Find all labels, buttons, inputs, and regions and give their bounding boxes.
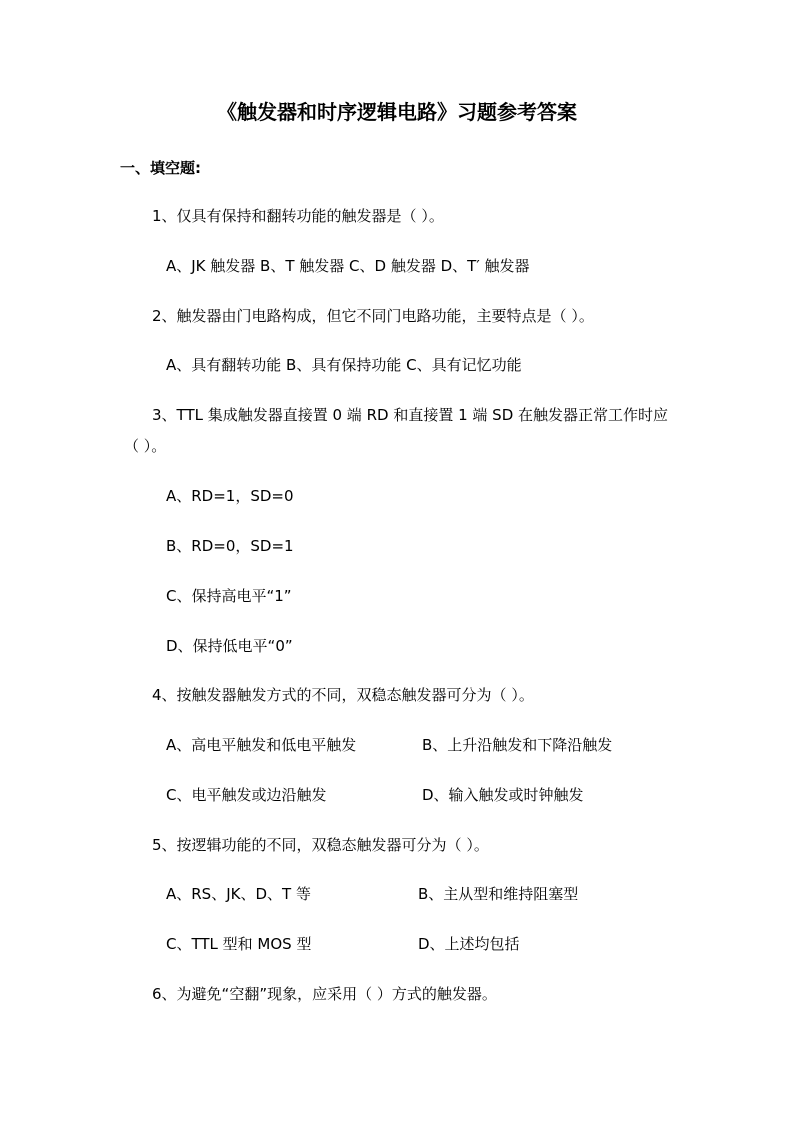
question-5-option-c: C、TTL 型和 MOS 型 (166, 934, 311, 954)
question-5-option-a: A、RS、JK、D、T 等 (166, 884, 311, 904)
question-3-option-d: D、保持低电平“0” (166, 636, 293, 656)
question-6-stem: 6、为避免“空翻”现象，应采用（ ）方式的触发器。 (152, 984, 497, 1004)
question-2-options: A、具有翻转功能 B、具有保持功能 C、具有记忆功能 (166, 355, 522, 375)
question-3-option-c: C、保持高电平“1” (166, 586, 292, 606)
question-5-option-b: B、主从型和维持阻塞型 (418, 884, 578, 904)
question-3-option-a: A、RD=1，SD=0 (166, 486, 294, 506)
document-title: 《触发器和时序逻辑电路》习题参考答案 (0, 100, 794, 124)
question-4-stem: 4、按触发器触发方式的不同，双稳态触发器可分为（ ）。 (152, 685, 534, 705)
question-3-stem-line1: 3、TTL 集成触发器直接置 0 端 RD 和直接置 1 端 SD 在触发器正常… (152, 405, 668, 425)
question-5-option-d: D、上述均包括 (418, 934, 520, 954)
section-heading: 一、填空题: (120, 158, 201, 178)
question-2-stem: 2、触发器由门电路构成，但它不同门电路功能，主要特点是（ ）。 (152, 306, 594, 326)
question-3-stem-line2: （ ）。 (124, 436, 166, 456)
question-1-stem: 1、仅具有保持和翻转功能的触发器是（ ）。 (152, 206, 444, 226)
question-4-option-b: B、上升沿触发和下降沿触发 (422, 735, 612, 755)
question-4-option-a: A、高电平触发和低电平触发 (166, 735, 356, 755)
question-4-option-c: C、电平触发或边沿触发 (166, 785, 326, 805)
question-3-option-b: B、RD=0，SD=1 (166, 536, 294, 556)
question-4-option-d: D、输入触发或时钟触发 (422, 785, 584, 805)
question-1-options: A、JK 触发器 B、T 触发器 C、D 触发器 D、T′ 触发器 (166, 256, 530, 276)
question-5-stem: 5、按逻辑功能的不同，双稳态触发器可分为（ ）。 (152, 835, 489, 855)
